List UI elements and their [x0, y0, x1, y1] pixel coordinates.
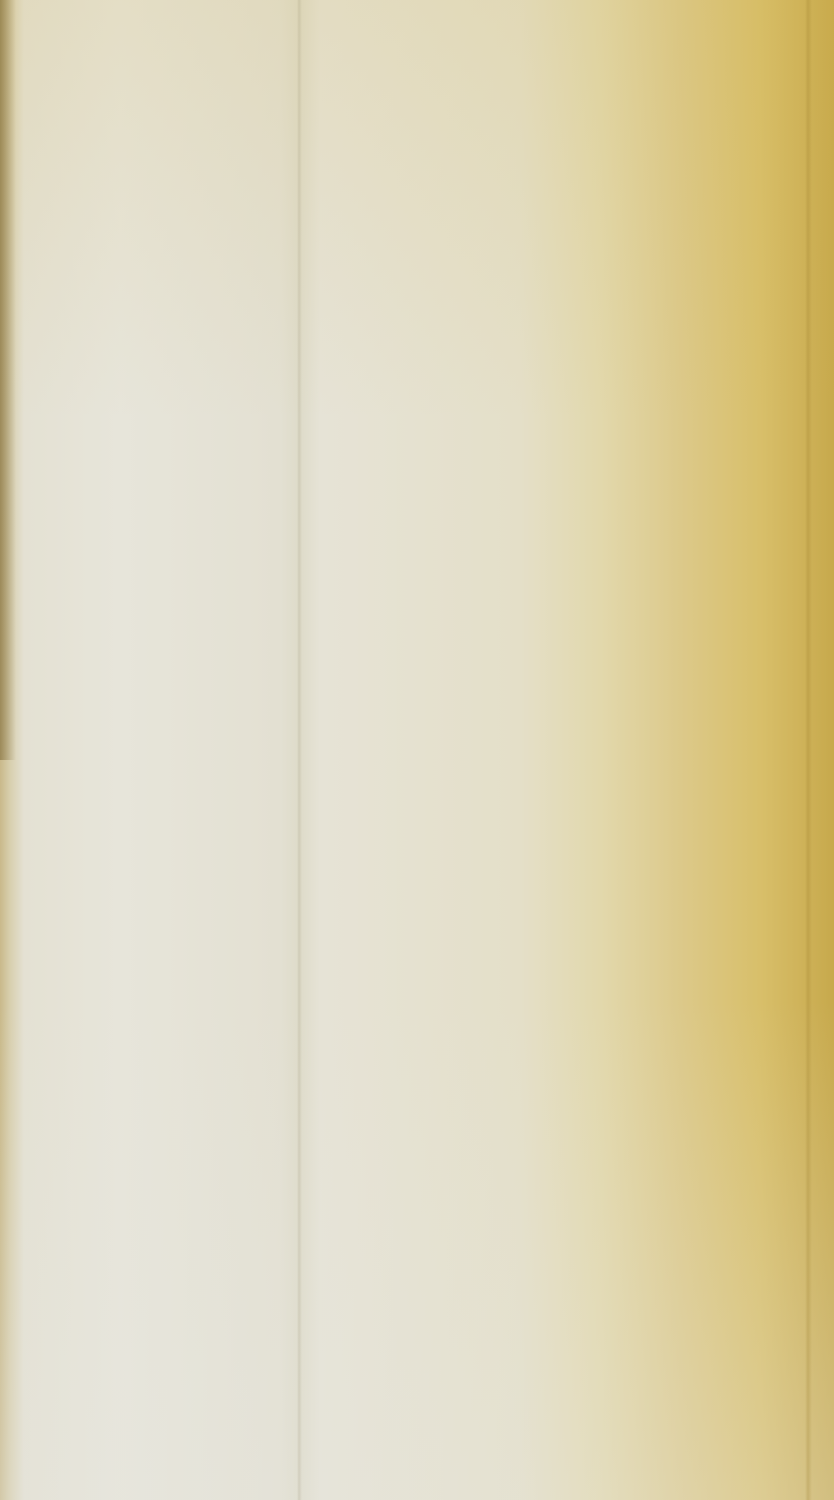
document-page — [0, 0, 834, 1500]
